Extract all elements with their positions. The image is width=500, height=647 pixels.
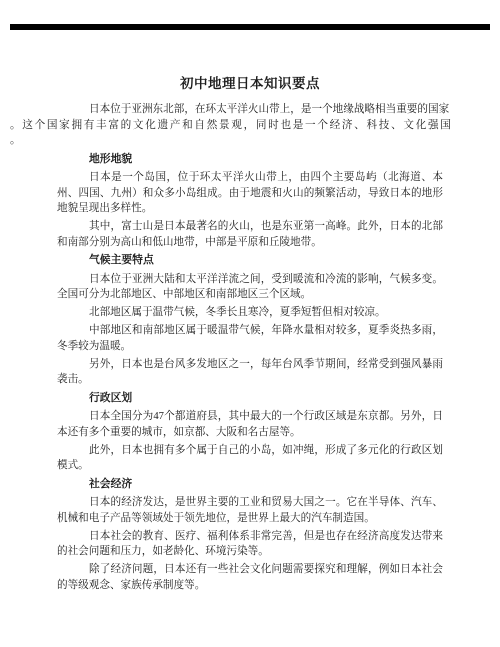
- paragraph: 日本位于亚洲大陆和太平洋洋流之间，受到暖流和冷流的影响，气候多变。全国可分为北部…: [57, 272, 443, 303]
- document-title: 初中地理日本知识要点: [57, 74, 443, 94]
- intro-line-2: 。这个国家拥有丰富的文化遗产和自然景观，同时也是一个经济、科技、文化强国: [10, 118, 443, 134]
- paragraph: 除了经济问题，日本还有一些社会文化问题需要探究和理解，例如日本社会的等级观念、家…: [57, 562, 443, 593]
- paragraph: 日本全国分为47个都道府县，其中最大的一个行政区域是东京都。另外，日本还有多个重…: [57, 409, 443, 440]
- section-heading-terrain: 地形地貌: [57, 152, 443, 168]
- top-divider-bar: [10, 24, 490, 30]
- document-content: 初中地理日本知识要点 日本位于亚洲东北部，在环太平洋火山带上，是一个地缘战略相当…: [57, 74, 443, 596]
- paragraph: 此外，日本也拥有多个属于自己的小岛，如冲绳，形成了多元化的行政区划模式。: [57, 443, 443, 474]
- paragraph: 日本是一个岛国，位于环太平洋火山带上，由四个主要岛屿（北海道、本州、四国、九州）…: [57, 170, 443, 217]
- paragraph: 中部地区和南部地区属于暖温带气候，年降水量相对较多，夏季炎热多雨，冬季较为温暖。: [57, 323, 443, 354]
- paragraph: 日本的经济发达，是世界主要的工业和贸易大国之一。它在半导体、汽车、机械和电子产品…: [57, 495, 443, 526]
- intro-paragraph: 日本位于亚洲东北部，在环太平洋火山带上，是一个地缘战略相当重要的国家 。这个国家…: [57, 102, 443, 149]
- section-heading-socioeconomic: 社会经济: [57, 477, 443, 493]
- section-heading-administrative: 行政区划: [57, 391, 443, 407]
- paragraph: 日本社会的教育、医疗、福利体系非常完善，但是也存在经济高度发达带来的社会问题和压…: [57, 529, 443, 560]
- paragraph: 另外，日本也是台风多发地区之一，每年台风季节期间，经常受到强风暴雨袭击。: [57, 357, 443, 388]
- intro-line-1: 日本位于亚洲东北部，在环太平洋火山带上，是一个地缘战略相当重要的国家: [57, 102, 443, 118]
- document-page: 初中地理日本知识要点 日本位于亚洲东北部，在环太平洋火山带上，是一个地缘战略相当…: [0, 0, 500, 647]
- paragraph: 其中，富士山是日本最著名的火山，也是东亚第一高峰。此外，日本的北部和南部分别为高…: [57, 219, 443, 250]
- paragraph: 北部地区属于温带气候，冬季长且寒冷，夏季短暂但相对较凉。: [57, 305, 443, 321]
- intro-line-3: 。: [10, 133, 443, 149]
- section-heading-climate: 气候主要特点: [57, 253, 443, 269]
